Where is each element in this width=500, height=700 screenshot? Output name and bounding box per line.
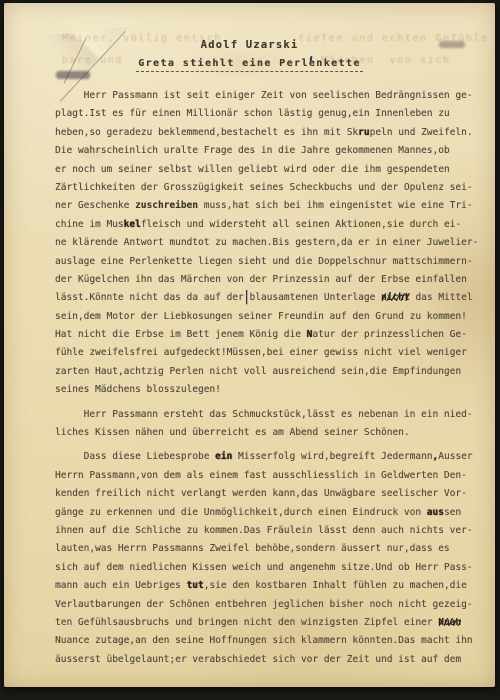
text-segment: Dass diese Liebesprobe <box>55 451 215 462</box>
text-segment: kel <box>124 219 141 230</box>
text-line: chine im Muskelfleisch und widersteht al… <box>55 216 485 234</box>
struck-out-word: nicht <box>381 289 410 307</box>
text-segment: das Mittel <box>410 292 473 303</box>
text-segment: lässt.Könnte nicht das da auf der <box>55 292 244 303</box>
text-segment: Misserfolg wird,begreift Jedermann <box>232 451 432 462</box>
text-line: Herr Passmann ist seit einiger Zeit von … <box>55 87 485 105</box>
text-segment: aus <box>427 507 444 518</box>
text-line: fühle zweifelsfrei aufgedeckt!Müssen,bei… <box>55 344 485 362</box>
typewritten-text: Herr Passmann ist seit einiger Zeit von … <box>55 87 485 675</box>
text-segment: Hat nicht die Erbse im Bett jenem König … <box>55 329 307 340</box>
text-segment: Ausser <box>438 451 472 462</box>
text-line: Dass diese Liebesprobe ein Misserfolg wi… <box>55 448 485 466</box>
text-line: lauten,was Herrn Passmanns Zweifel behöb… <box>55 540 485 558</box>
struck-out-word: Nuan <box>438 614 461 632</box>
text-line: Herr Passmann ersteht das Schmuckstück,l… <box>55 406 485 424</box>
paragraph: Herr Passmann ist seit einiger Zeit von … <box>55 87 485 400</box>
text-segment: peln und Zweifeln. <box>370 127 473 138</box>
text-segment: tut <box>187 580 204 591</box>
text-line: Herrn Passmann,von dem als einem fast au… <box>55 467 485 485</box>
text-line: Die wahrscheinlich uralte Frage des in d… <box>55 142 485 160</box>
text-segment: blausamtenen Unterlage <box>249 292 381 303</box>
text-line: lässt.Könnte nicht das da auf der|blausa… <box>55 289 485 307</box>
text-line: äusserst übelgelaunt;er verabschiedet si… <box>55 651 485 669</box>
text-segment: ,sie den kostbaren Inhalt fühlen zu mach… <box>204 580 467 591</box>
story-title: Greta stiehlt eine Perlenkette <box>136 58 363 72</box>
text-line: liches Kissen nähen und überreicht es am… <box>55 424 485 442</box>
text-line: ihnen auf die Schliche zu kommen.Das Frä… <box>55 522 485 540</box>
text-segment: mann auch ein Uebriges <box>55 580 187 591</box>
pen-insertion-mark: | <box>244 285 250 313</box>
text-segment: sen <box>444 507 461 518</box>
text-line: mann auch ein Uebriges tut,sie den kostb… <box>55 577 485 595</box>
text-line: der Kügelchen ihn das Märchen von der Pr… <box>55 271 485 289</box>
text-segment: gänge zu erkennen und die Unmöglichkeit,… <box>55 507 427 518</box>
manuscript-page: Meiner, völlig entsch tiefen und echten … <box>4 3 495 687</box>
text-line: Hat nicht die Erbse im Bett jenem König … <box>55 326 485 344</box>
text-line: heben,so geradezu beklemmend,bestachelt … <box>55 124 485 142</box>
text-segment: ner Geschenke <box>55 200 135 211</box>
paragraph: Dass diese Liebesprobe ein Misserfolg wi… <box>55 448 485 669</box>
text-line: Nuance zutage,an den seine Hoffnungen si… <box>55 632 485 650</box>
author-name: Adolf Uzarski <box>4 39 495 51</box>
text-segment: ru <box>358 127 369 138</box>
text-line: ner Geschenke zuschreiben muss,hat sich … <box>55 197 485 215</box>
text-segment: muss,hat sich bei ihm eingenistet wie ei… <box>198 200 473 211</box>
text-line: Verlautbarungen der Schönen entbehren je… <box>55 596 485 614</box>
text-line: sich auf dem niedlichen Kissen weich und… <box>55 559 485 577</box>
text-line: plagt.Ist es für einen Millionär schon l… <box>55 105 485 123</box>
text-line: sein,dem Motor der Liebkosungen seiner F… <box>55 308 485 326</box>
text-line: Zärtlichkeiten der Grosszügigkeit seines… <box>55 179 485 197</box>
text-line: ten Gefühlsausbruchs und bringen nicht d… <box>55 614 485 632</box>
text-segment: atur der prinzesslichen Ge- <box>312 329 466 340</box>
text-segment: fleisch und widersteht all seinen Aktion… <box>141 219 461 230</box>
text-line: zarten Haut,achtzig Perlen nicht voll au… <box>55 363 485 381</box>
text-line: kenden freilich nicht verlangt werden ka… <box>55 485 485 503</box>
text-line: ne klärende Antwort mundtot zu machen.Bi… <box>55 234 485 252</box>
text-line: er noch um seiner selbst willen geliebt … <box>55 161 485 179</box>
photo-background: Meiner, völlig entsch tiefen und echten … <box>0 0 500 700</box>
text-line: gänge zu erkennen und die Unmöglichkeit,… <box>55 504 485 522</box>
text-segment: heben,so geradezu beklemmend,bestachelt … <box>55 127 358 138</box>
text-line: auslage eine Perlenkette liegen sieht un… <box>55 253 485 271</box>
text-segment: ein <box>215 451 232 462</box>
text-line: seines Mädchens blosszulegen! <box>55 381 485 399</box>
text-segment: ten Gefühlsausbruchs und bringen nicht d… <box>55 617 438 628</box>
bleedthrough-ink-blot <box>56 71 90 79</box>
title-block: Adolf Uzarski Greta stiehlt eine Perlenk… <box>4 39 495 72</box>
paragraph: Herr Passmann ersteht das Schmuckstück,l… <box>55 406 485 443</box>
text-segment: zuschreiben <box>135 200 198 211</box>
text-segment: chine im Mus <box>55 219 124 230</box>
